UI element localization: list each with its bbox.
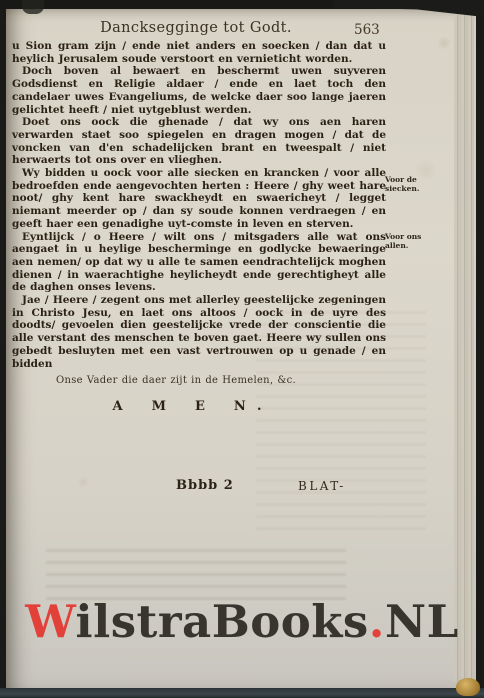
signature-mark: Bbbb 2 — [176, 478, 234, 493]
paragraph: Doch boven al bewaert en beschermt uwen … — [12, 65, 386, 116]
table-edge — [0, 688, 484, 698]
watermark-dot: . — [369, 595, 385, 648]
paragraph: u Sion gram zijn / ende niet anders en s… — [12, 40, 386, 65]
margin-note-line: siecken. — [385, 185, 437, 194]
page-number: 563 — [354, 22, 380, 38]
catchword: BLAT- — [298, 479, 346, 493]
paragraph: Doet ons oock die ghenade / dat wy ons a… — [12, 116, 386, 167]
margin-note-siecken: Voor de siecken. — [385, 176, 437, 193]
watermark-text: ilstraBooks — [76, 595, 369, 648]
book-clasp — [456, 678, 480, 696]
margin-note-line: allen. — [385, 242, 437, 251]
paragraph: Eyntlijck / o Heere / wilt ons / mitsgad… — [12, 231, 386, 295]
watermark-initial: W — [25, 595, 75, 648]
body-text: u Sion gram zijn / ende niet anders en s… — [12, 40, 386, 414]
book-fore-edge — [454, 10, 474, 682]
bookseller-watermark: WilstraBooks.NL — [0, 597, 484, 647]
lords-prayer-line: Onse Vader die daer zijt in de Hemelen, … — [56, 375, 386, 388]
foxing-spot — [436, 37, 452, 49]
book-photo: Dancksegginge tot Godt. 563 u Sion gram … — [0, 0, 484, 698]
amen-line: A M E N. — [0, 401, 386, 414]
book-page: Dancksegginge tot Godt. 563 u Sion gram … — [6, 7, 476, 689]
paragraph: Wy bidden u oock voor alle siecken en kr… — [12, 167, 386, 231]
paragraph: Jae / Heere / zegent ons met allerley ge… — [12, 294, 386, 370]
binding-notch — [22, 0, 44, 14]
watermark-tld: NL — [385, 595, 459, 648]
margin-note-allen: Voor ons allen. — [385, 233, 437, 250]
running-header: Dancksegginge tot Godt. — [10, 20, 382, 36]
signature-row: Bbbb 2 BLAT- — [6, 478, 406, 496]
